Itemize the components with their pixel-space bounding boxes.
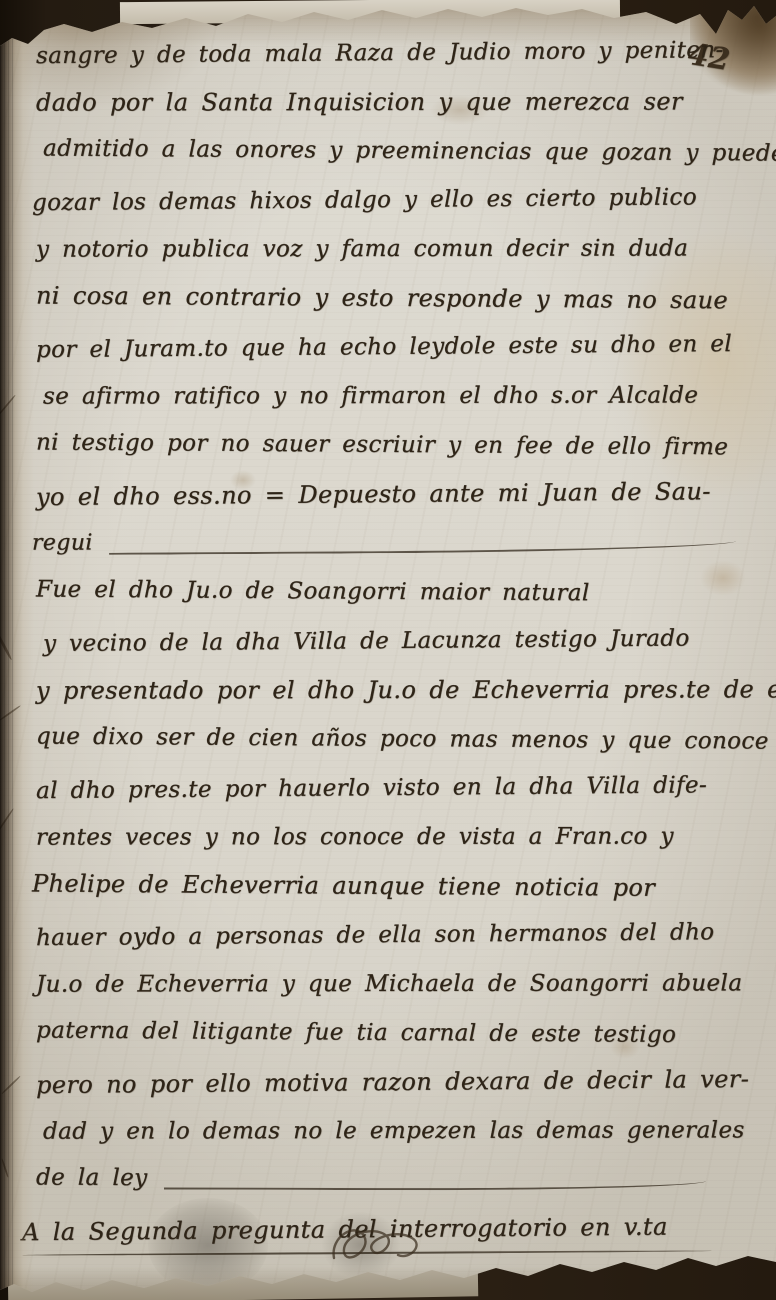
manuscript-line: pero no por ello motiva razon dexara de … — [36, 1054, 762, 1109]
offset-ink-mark — [0, 394, 16, 415]
line-text: admitido a las onores y preeminencias qu… — [43, 135, 776, 166]
manuscript-line: admitido a las onores y preeminencias qu… — [43, 123, 762, 177]
line-text: de la ley — [36, 1164, 148, 1191]
line-text: por el Juram.to que ha echo leydole este… — [36, 331, 732, 363]
notary-rubric-icon — [326, 1214, 438, 1276]
line-text: y presentado por el dho Ju.o de Echeverr… — [36, 675, 776, 704]
manuscript-line: al dho pres.te por hauerlo visto en la d… — [36, 760, 762, 815]
line-text: al dho pres.te por hauerlo visto en la d… — [36, 772, 707, 804]
binding-edge-streaks — [0, 0, 16, 1300]
manuscript-line: hauer oydo a personas de ella son herman… — [36, 907, 762, 962]
line-text: dado por la Santa Inquisicion y que mere… — [36, 87, 683, 116]
offset-ink-mark — [0, 629, 13, 660]
line-text: yo el dho ess.no = Depuesto ante mi Juan… — [36, 477, 711, 511]
manuscript-line: Fue el dho Ju.o de Soangorri maior natur… — [36, 564, 762, 618]
line-text: Ju.o de Echeverria y que Michaela de Soa… — [36, 970, 742, 997]
manuscript-line: ni testigo por no sauer escriuir y en fe… — [36, 417, 762, 471]
manuscript-text: sangre y de toda mala Raza de Judio moro… — [36, 28, 762, 1253]
line-text: sangre y de toda mala Raza de Judio moro… — [36, 37, 724, 69]
ink-rule — [164, 1176, 706, 1191]
manuscript-line: ni cosa en contrario y esto responde y m… — [36, 270, 762, 324]
ink-rule — [109, 537, 736, 555]
manuscript-line: y notorio publica voz y fama comun decir… — [36, 223, 762, 273]
manuscript-line: rentes veces y no los conoce de vista a … — [36, 811, 762, 861]
line-text: Fue el dho Ju.o de Soangorri maior natur… — [36, 576, 590, 606]
offset-ink-mark — [0, 808, 14, 834]
line-text: ni cosa en contrario y esto responde y m… — [36, 281, 728, 314]
manuscript-line: y vecino de la dha Villa de Lacunza test… — [43, 613, 762, 668]
manuscript-line: Phelipe de Echeverria aunque tiene notic… — [32, 858, 762, 912]
line-text: ni testigo por no sauer escriuir y en fe… — [36, 429, 729, 460]
offset-ink-mark — [1, 1075, 21, 1094]
line-text: y notorio publica voz y fama comun decir… — [36, 235, 688, 262]
line-text: Phelipe de Echeverria aunque tiene notic… — [32, 869, 655, 901]
line-text: y vecino de la dha Villa de Lacunza test… — [43, 625, 690, 657]
line-text: rentes veces y no los conoce de vista a … — [36, 823, 674, 850]
line-text: hauer oydo a personas de ella son herman… — [36, 919, 715, 951]
manuscript-line: que dixo ser de cien años poco mas menos… — [36, 711, 762, 765]
manuscript-line: de la ley — [36, 1152, 762, 1206]
line-text: gozar los demas hixos dalgo y ello es ci… — [32, 184, 697, 216]
binding-gutter-shadow — [0, 0, 34, 1300]
manuscript-line: dad y en lo demas no le empezen las dema… — [43, 1105, 762, 1155]
manuscript-line: paterna del litigante fue tia carnal de … — [36, 1005, 762, 1059]
manuscript-scan: 42 sangre y de toda mala Raza de Judio m… — [0, 0, 776, 1300]
manuscript-page: 42 sangre y de toda mala Raza de Judio m… — [0, 0, 776, 1300]
line-text: pero no por ello motiva razon dexara de … — [36, 1064, 749, 1098]
line-text: se afirmo ratifico y no firmaron el dho … — [43, 382, 698, 409]
manuscript-line: gozar los demas hixos dalgo y ello es ci… — [32, 172, 762, 227]
manuscript-line: sangre y de toda mala Raza de Judio moro… — [36, 25, 762, 80]
manuscript-line: dado por la Santa Inquisicion y que mere… — [36, 76, 762, 126]
line-text: dad y en lo demas no le empezen las dema… — [43, 1117, 745, 1144]
manuscript-line: por el Juram.to que ha echo leydole este… — [36, 319, 762, 374]
offset-ink-mark — [0, 705, 21, 722]
manuscript-line: se afirmo ratifico y no firmaron el dho … — [43, 370, 762, 420]
manuscript-line: yo el dho ess.no = Depuesto ante mi Juan… — [36, 466, 762, 521]
offset-ink-mark — [1, 1158, 9, 1178]
line-text: paterna del litigante fue tia carnal de … — [36, 1017, 677, 1047]
manuscript-line: Ju.o de Echeverria y que Michaela de Soa… — [36, 958, 762, 1008]
manuscript-line: y presentado por el dho Ju.o de Echeverr… — [36, 664, 762, 714]
manuscript-line: regui — [32, 517, 762, 567]
line-text: que dixo ser de cien años poco mas menos… — [36, 723, 769, 754]
line-text: regui — [32, 531, 93, 556]
